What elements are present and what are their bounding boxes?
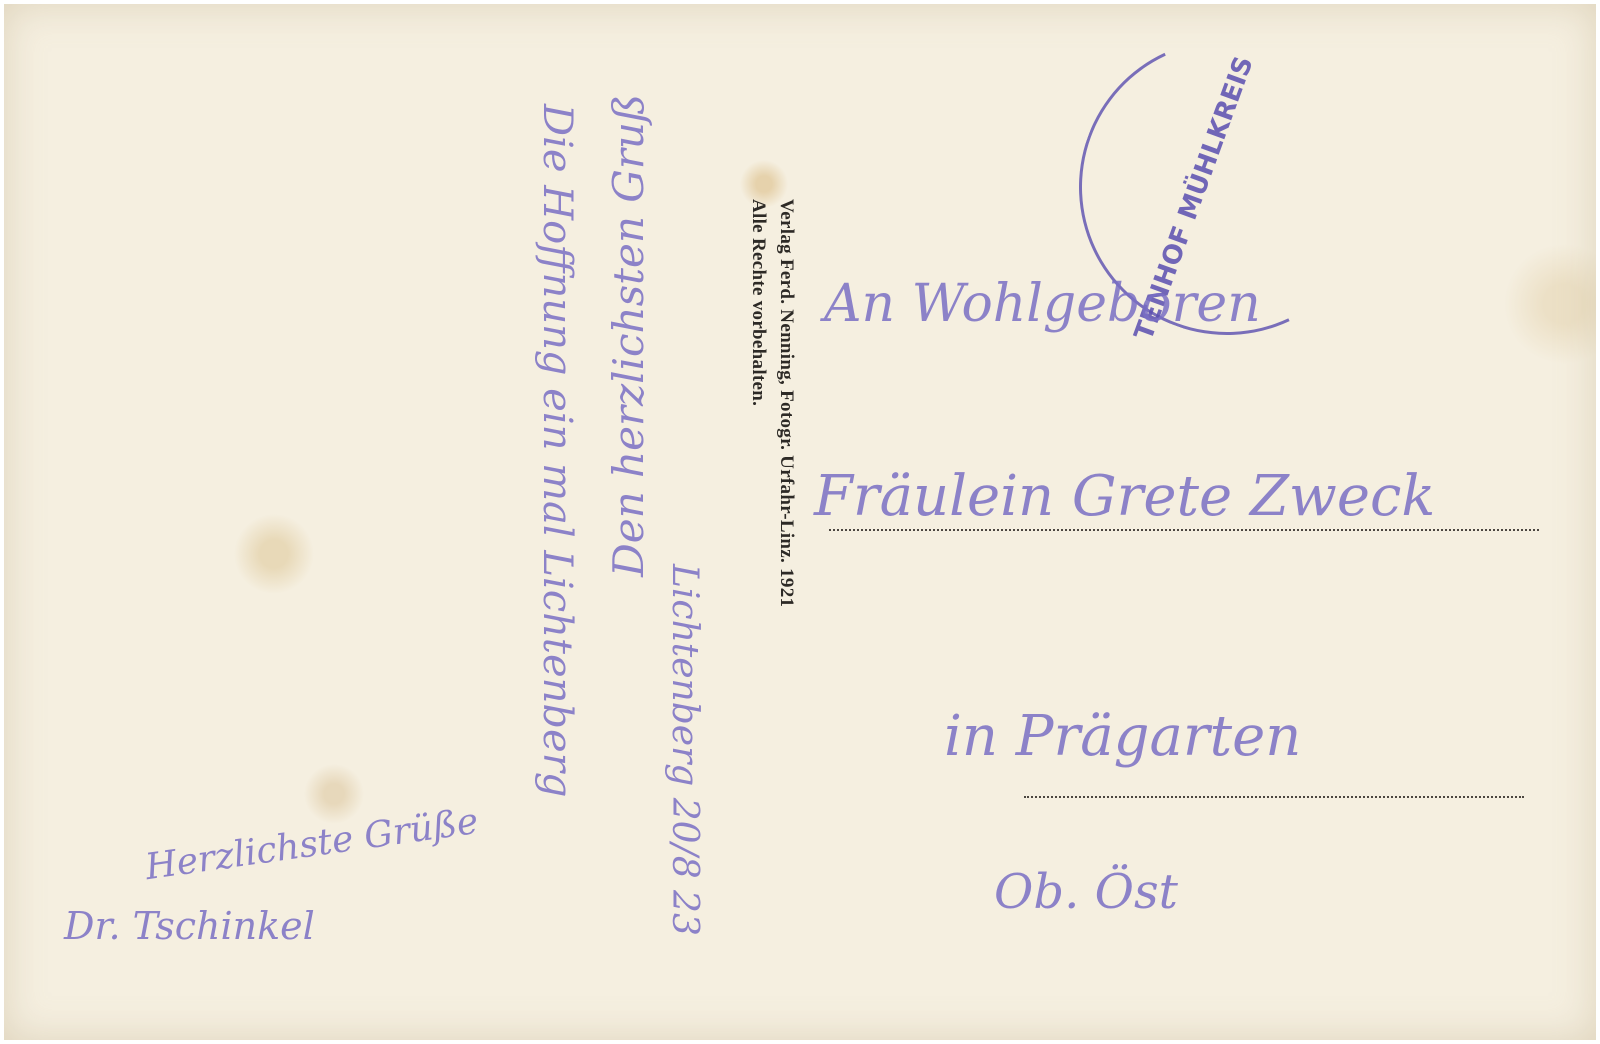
address-line-4: Ob. Öst — [994, 864, 1178, 920]
postcard-back: Verlag Ferd. Nenning, Fotogr. Urfahr-Lin… — [4, 4, 1596, 1040]
publisher-imprint: Verlag Ferd. Nenning, Fotogr. Urfahr-Lin… — [744, 199, 800, 607]
address-line-2: Fräulein Grete Zweck — [814, 464, 1435, 529]
signature-2: Dr. Tschinkel — [64, 904, 315, 948]
message-column-1: Den herzlichsten Gruß — [604, 94, 653, 577]
address-rule-1 — [829, 529, 1539, 531]
address-line-1: An Wohlgeboren — [824, 274, 1261, 334]
message-column-2: Die Hoffnung ein mal Lichtenberg — [534, 104, 580, 797]
address-line-3: in Prägarten — [944, 704, 1301, 769]
address-rule-2 — [1024, 796, 1524, 798]
message-column-3: Lichtenberg 20/8 23 — [664, 564, 705, 936]
signature-1: Herzlichste Grüße — [143, 801, 481, 888]
imprint-line-1: Verlag Ferd. Nenning, Fotogr. Urfahr-Lin… — [776, 199, 797, 607]
imprint-line-2: Alle Rechte vorbehalten. — [748, 199, 769, 406]
